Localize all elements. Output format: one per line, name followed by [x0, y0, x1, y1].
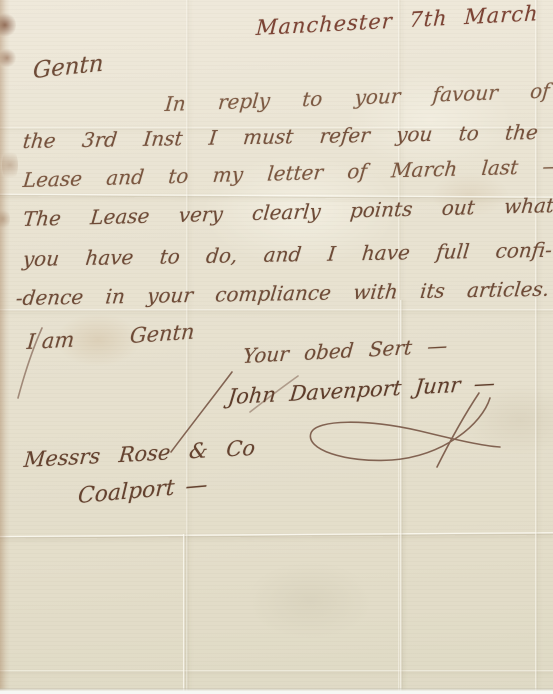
body-line: In reply to your favour of [164, 79, 551, 117]
paper-edge-left [0, 0, 10, 694]
dateline: Manchester 7th March 1821 [255, 0, 553, 40]
ink-stain [0, 48, 16, 68]
body-line: Lease and to my letter of March last — [22, 154, 553, 192]
paper-edge-bottom [0, 688, 553, 694]
closing-i-am: I am [26, 327, 75, 354]
signature: John Davenport Junr — [227, 371, 497, 409]
salutation: Gentn [33, 50, 104, 84]
closing-gentn: Gentn [129, 319, 195, 348]
ink-stain [2, 148, 18, 182]
fold-crease-vertical [183, 534, 186, 694]
body-line: you have to do, and I have full confi- [22, 238, 553, 271]
recipient-place: Coalport — [77, 473, 208, 510]
fold-crease-horizontal [0, 309, 553, 312]
fold-crease-horizontal [0, 670, 553, 673]
body-line: The Lease very clearly points out what [22, 193, 553, 231]
fold-crease-vertical [535, 0, 538, 694]
closing-obedient-servant: Your obed Sert — [242, 333, 448, 368]
body-line: the 3rd Inst I must refer you to the [22, 120, 540, 153]
letter-page: Manchester 7th March 1821 Gentn In reply… [0, 0, 553, 694]
ink-stain [0, 12, 16, 38]
body-line: -dence in your compliance with its artic… [15, 277, 551, 310]
fold-crease-horizontal [0, 532, 553, 539]
recipient-name: Messrs Rose & Co [23, 436, 256, 472]
ink-stain [0, 208, 10, 230]
